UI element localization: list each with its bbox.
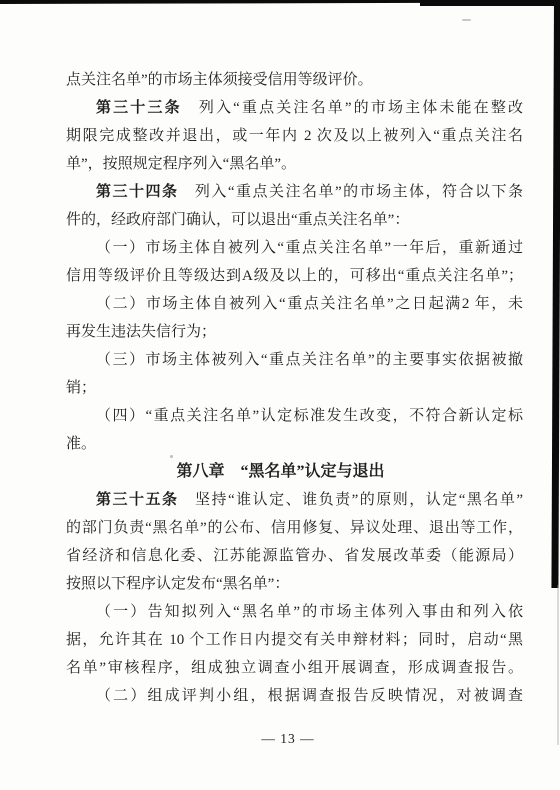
scan-edge-right: [551, 0, 560, 588]
scan-edge-top-thick: [420, 1, 560, 6]
text-line: （三）市场主体被列入“重点关注名单”的主要事实依据被撤: [66, 346, 523, 374]
text-line: 的部门负责“黑名单”的公布、信用修复、异议处理、退出等工作，: [66, 514, 523, 542]
text-line: 第三十四条 列入“重点关注名单”的市场主体，符合以下条: [66, 178, 523, 206]
text-line: 销；: [66, 374, 523, 402]
scan-speck: [462, 19, 471, 21]
chapter-heading: 第八章 “黑名单”认定与退出: [52, 458, 509, 486]
text-line: 省经济和信息化委、江苏能源监管办、省发展改革委（能源局）: [66, 542, 523, 570]
text-line: 单”，按照规定程序列入“黑名单”。: [66, 150, 523, 178]
article-number: 第三十三条: [96, 100, 182, 116]
text-line: 第三十三条 列入“重点关注名单”的市场主体未能在整改: [66, 94, 523, 122]
text-line: 点关注名单”的市场主体须接受信用等级评价。: [66, 66, 523, 94]
text-line: 再发生违法失信行为；: [66, 318, 523, 346]
text-line: 件的，经政府部门确认，可以退出“重点关注名单”：: [66, 206, 523, 234]
text-line: 名单”审核程序，组成独立调查小组开展调查，形成调查报告。: [66, 654, 523, 682]
scan-edge-right-faint: [557, 585, 559, 745]
text-line: （一）市场主体自被列入“重点关注名单”一年后，重新通过: [66, 234, 523, 262]
article-number: 第三十五条: [96, 492, 178, 508]
text-line: （四）“重点关注名单”认定标准发生改变，不符合新认定标: [66, 402, 523, 430]
document-page: { "colors": { "paper": "#fdfdfc", "ink":…: [0, 0, 560, 790]
text-line: 据，允许其在 10 个工作日内提交有关申辩材料；同时，启动“黑: [66, 626, 523, 654]
text-line: 准。: [66, 430, 523, 458]
text-line: （二）市场主体自被列入“重点关注名单”之日起满2 年，未: [66, 290, 523, 318]
text-line: 期限完成整改并退出，或一年内 2 次及以上被列入“重点关注名: [66, 122, 523, 150]
text-line: 按照以下程序认定发布“黑名单”：: [66, 570, 523, 598]
article-number: 第三十四条: [96, 184, 178, 200]
text-line: （二）组成评判小组，根据调查报告反映情况，对被调查: [66, 682, 523, 710]
text-line: 信用等级评价且等级达到A级及以上的，可移出“重点关注名单”；: [66, 262, 523, 290]
page-number: — 13 —: [0, 725, 560, 753]
text-line: 第三十五条 坚持“谁认定、谁负责”的原则，认定“黑名单”: [66, 486, 523, 514]
text-line: （一）告知拟列入“黑名单”的市场主体列入事由和列入依: [66, 598, 523, 626]
body-text: 点关注名单”的市场主体须接受信用等级评价。 第三十三条 列入“重点关注名单”的市…: [66, 66, 523, 710]
